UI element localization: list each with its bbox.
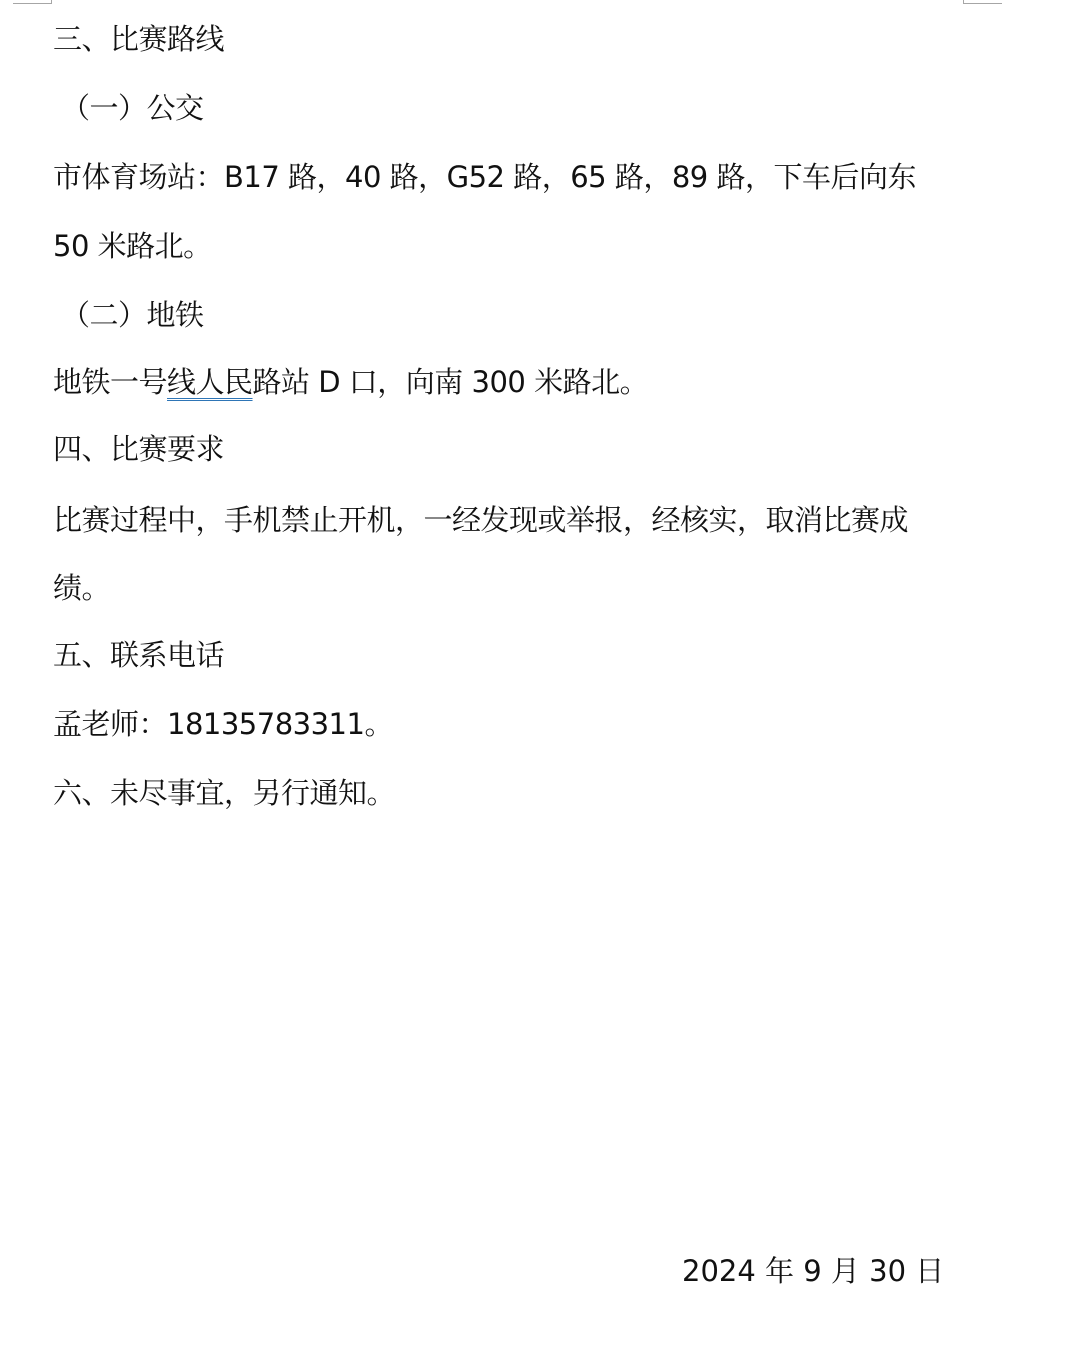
section-heading-requirements: 四、比赛要求 (53, 431, 224, 467)
paragraph-bus-line2: 50 米路北。 (53, 228, 212, 264)
paragraph-metro: 地铁一号线人民路站 D 口，向南 300 米路北。 (53, 364, 648, 400)
paragraph-contact: 孟老师：18135783311。 (53, 706, 393, 742)
paragraph-bus-line1: 市体育场站：B17 路，40 路，G52 路，65 路，89 路，下车后向东 (53, 159, 916, 195)
section-heading-misc: 六、未尽事宜，另行通知。 (53, 775, 395, 811)
subheading-bus: （一）公交 (61, 90, 204, 126)
metro-text-part1: 地铁一号 (53, 365, 167, 399)
section-heading-contact: 五、联系电话 (53, 637, 224, 673)
page-margin-mark-right (963, 0, 1002, 4)
page-margin-mark-left (13, 0, 52, 4)
proofing-underline-text[interactable]: 线人民 (167, 365, 253, 399)
paragraph-requirements-line1: 比赛过程中，手机禁止开机，一经发现或举报，经核实，取消比赛成 (53, 502, 908, 538)
subheading-metro: （二）地铁 (61, 297, 204, 333)
paragraph-requirements-line2: 绩。 (53, 570, 110, 606)
document-date: 2024 年 9 月 30 日 (682, 1253, 944, 1289)
section-heading-route: 三、比赛路线 (53, 21, 224, 57)
metro-text-part2: 路站 D 口，向南 300 米路北。 (253, 365, 649, 399)
